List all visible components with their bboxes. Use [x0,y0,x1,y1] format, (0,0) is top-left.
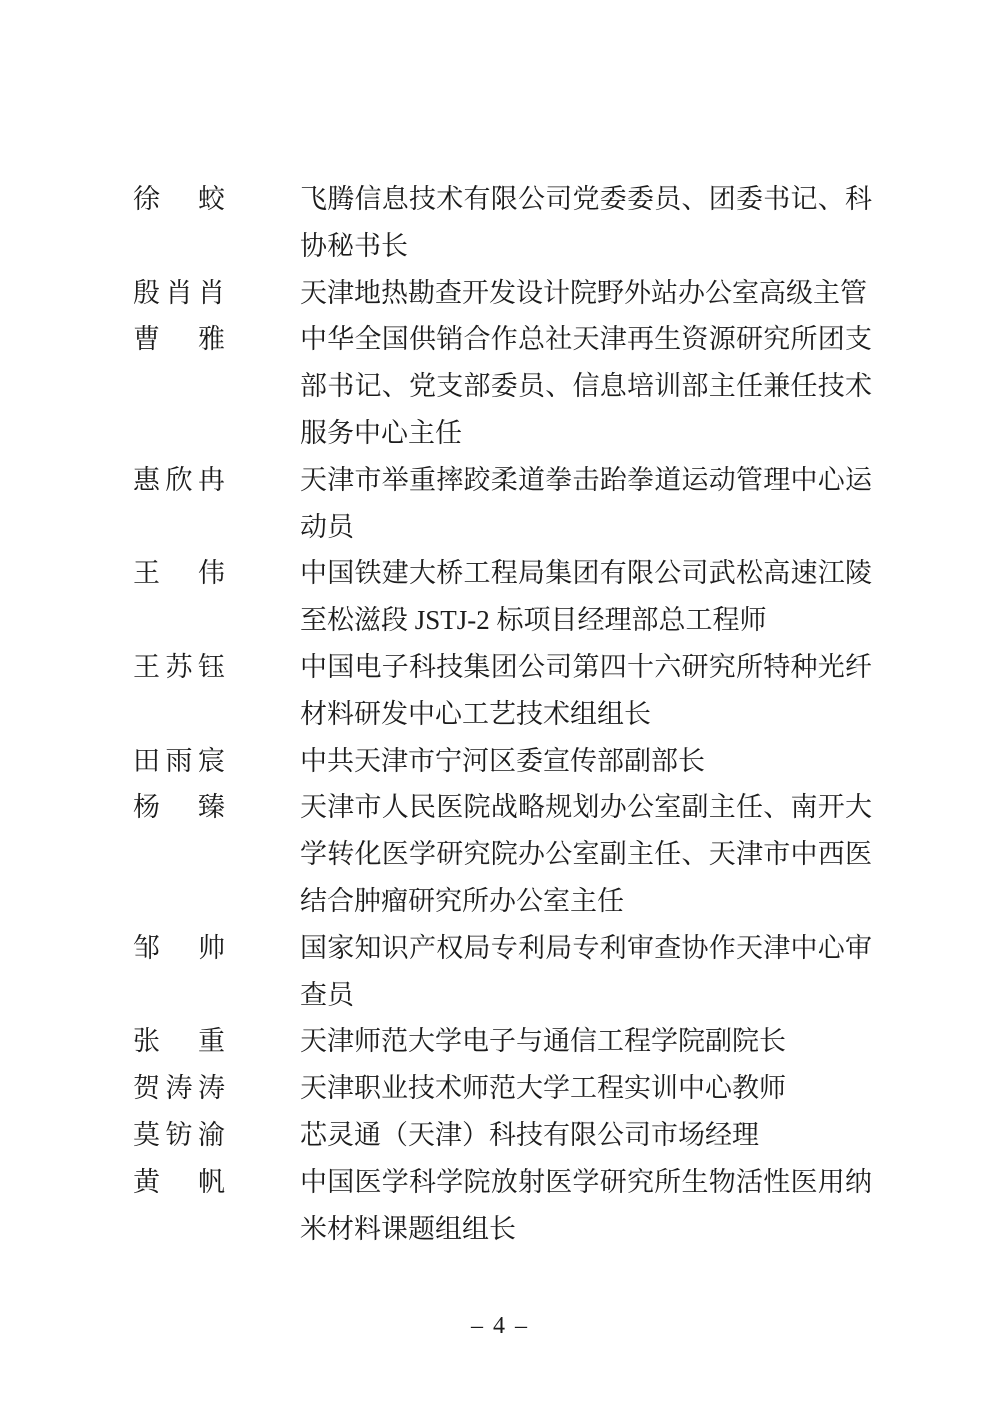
person-title: 中华全国供销合作总社天津再生资源研究所团支部书记、党支部委员、信息培训部主任兼任… [300,316,872,456]
person-name: 曹 雅 [133,316,225,363]
award-roster-list: 徐 蛟 飞腾信息技术有限公司党委委员、团委书记、科协秘书长 殷肖肖 天津地热勘查… [133,176,870,1252]
person-name: 王 伟 [133,550,225,597]
person-name: 莫钫渝 [133,1112,225,1159]
person-title: 天津职业技术师范大学工程实训中心教师 [300,1065,872,1112]
roster-row: 杨 臻 天津市人民医院战略规划办公室副主任、南开大学转化医学研究院办公室副主任、… [133,784,870,924]
person-name: 惠欣冉 [133,457,225,504]
person-title: 芯灵通（天津）科技有限公司市场经理 [300,1112,872,1159]
person-name: 杨 臻 [133,784,225,831]
person-name: 徐 蛟 [133,176,225,223]
person-name: 黄 帆 [133,1159,225,1206]
person-title: 国家知识产权局专利局专利审查协作天津中心审查员 [300,925,872,1019]
person-name: 贺涛涛 [133,1065,225,1112]
document-page: 徐 蛟 飞腾信息技术有限公司党委委员、团委书记、科协秘书长 殷肖肖 天津地热勘查… [0,0,1000,1414]
roster-row: 莫钫渝 芯灵通（天津）科技有限公司市场经理 [133,1112,870,1159]
person-title: 飞腾信息技术有限公司党委委员、团委书记、科协秘书长 [300,176,872,270]
person-name: 田雨宸 [133,738,225,785]
person-name: 邹 帅 [133,925,225,972]
person-name: 张 重 [133,1018,225,1065]
page-number: – 4 – [0,1312,1000,1340]
roster-row: 张 重 天津师范大学电子与通信工程学院副院长 [133,1018,870,1065]
person-title: 天津地热勘查开发设计院野外站办公室高级主管 [300,270,872,317]
person-title: 中共天津市宁河区委宣传部副部长 [300,738,872,785]
roster-row: 徐 蛟 飞腾信息技术有限公司党委委员、团委书记、科协秘书长 [133,176,870,270]
person-title: 天津市人民医院战略规划办公室副主任、南开大学转化医学研究院办公室副主任、天津市中… [300,784,872,924]
roster-row: 殷肖肖 天津地热勘查开发设计院野外站办公室高级主管 [133,270,870,317]
roster-row: 王苏钰 中国电子科技集团公司第四十六研究所特种光纤材料研发中心工艺技术组组长 [133,644,870,738]
roster-row: 惠欣冉 天津市举重摔跤柔道拳击跆拳道运动管理中心运动员 [133,457,870,551]
person-name: 王苏钰 [133,644,225,691]
person-name: 殷肖肖 [133,270,225,317]
roster-row: 邹 帅 国家知识产权局专利局专利审查协作天津中心审查员 [133,925,870,1019]
roster-row: 王 伟 中国铁建大桥工程局集团有限公司武松高速江陵至松滋段 JSTJ-2 标项目… [133,550,870,644]
person-title: 天津市举重摔跤柔道拳击跆拳道运动管理中心运动员 [300,457,872,551]
roster-row: 田雨宸 中共天津市宁河区委宣传部副部长 [133,738,870,785]
roster-row: 黄 帆 中国医学科学院放射医学研究所生物活性医用纳米材料课题组组长 [133,1159,870,1253]
roster-row: 曹 雅 中华全国供销合作总社天津再生资源研究所团支部书记、党支部委员、信息培训部… [133,316,870,456]
person-title: 中国铁建大桥工程局集团有限公司武松高速江陵至松滋段 JSTJ-2 标项目经理部总… [300,550,872,644]
roster-row: 贺涛涛 天津职业技术师范大学工程实训中心教师 [133,1065,870,1112]
person-title: 天津师范大学电子与通信工程学院副院长 [300,1018,872,1065]
person-title: 中国电子科技集团公司第四十六研究所特种光纤材料研发中心工艺技术组组长 [300,644,872,738]
person-title: 中国医学科学院放射医学研究所生物活性医用纳米材料课题组组长 [300,1159,872,1253]
